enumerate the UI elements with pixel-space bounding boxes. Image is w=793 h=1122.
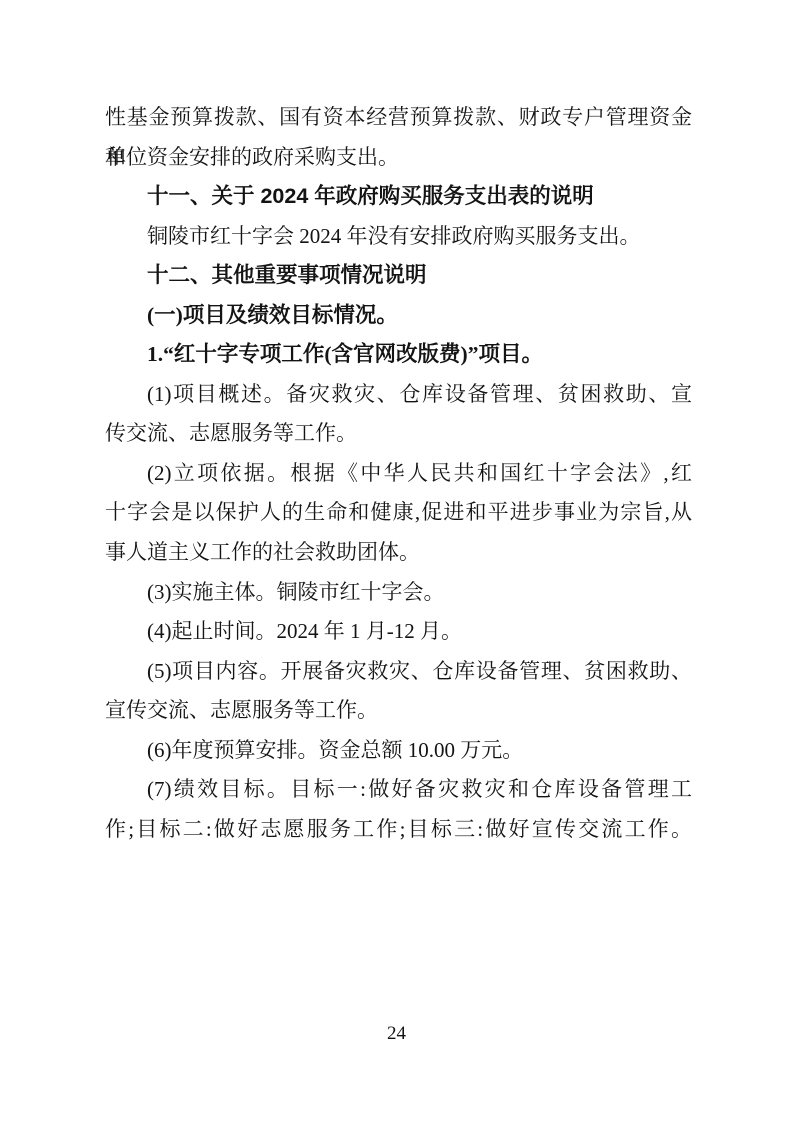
text-line: (5)项目内容。开展备灾救灾、仓库设备管理、贫困救助、	[105, 652, 692, 692]
text-line: 传交流、志愿服务等工作。	[105, 414, 692, 454]
text-line: (1)项目概述。备灾救灾、仓库设备管理、贫困救助、宣	[105, 375, 692, 415]
text-line: 事人道主义工作的社会救助团体。	[105, 533, 692, 573]
text-line: (6)年度预算安排。资金总额 10.00 万元。	[105, 731, 692, 771]
project-heading: 1.“红十字专项工作(含官网改版费)”项目。	[105, 335, 692, 375]
section-heading-11: 十一、关于 2024 年政府购买服务支出表的说明	[105, 177, 692, 217]
subsection-heading: (一)项目及绩效目标情况。	[105, 296, 692, 336]
document-body: 性基金预算拨款、国有资本经营预算拨款、财政专户管理资金和 单位资金安排的政府采购…	[105, 98, 692, 849]
text-line: (7)绩效目标。目标一:做好备灾救灾和仓库设备管理工	[105, 770, 692, 810]
text-line: 宣传交流、志愿服务等工作。	[105, 691, 692, 731]
text-line: 性基金预算拨款、国有资本经营预算拨款、财政专户管理资金和	[105, 98, 692, 138]
text-line: (4)起止时间。2024 年 1 月-12 月。	[105, 612, 692, 652]
text-line: 作;目标二:做好志愿服务工作;目标三:做好宣传交流工作。	[105, 810, 692, 850]
document-page: 性基金预算拨款、国有资本经营预算拨款、财政专户管理资金和 单位资金安排的政府采购…	[0, 0, 793, 1122]
page-number: 24	[0, 1022, 793, 1046]
text-line: 单位资金安排的政府采购支出。	[105, 138, 692, 178]
text-line: (3)实施主体。铜陵市红十字会。	[105, 573, 692, 613]
text-line: 十字会是以保护人的生命和健康,促进和平进步事业为宗旨,从	[105, 493, 692, 533]
text-line: 铜陵市红十字会 2024 年没有安排政府购买服务支出。	[105, 217, 692, 257]
section-heading-12: 十二、其他重要事项情况说明	[105, 256, 692, 296]
text-line: (2)立项依据。根据《中华人民共和国红十字会法》,红	[105, 454, 692, 494]
